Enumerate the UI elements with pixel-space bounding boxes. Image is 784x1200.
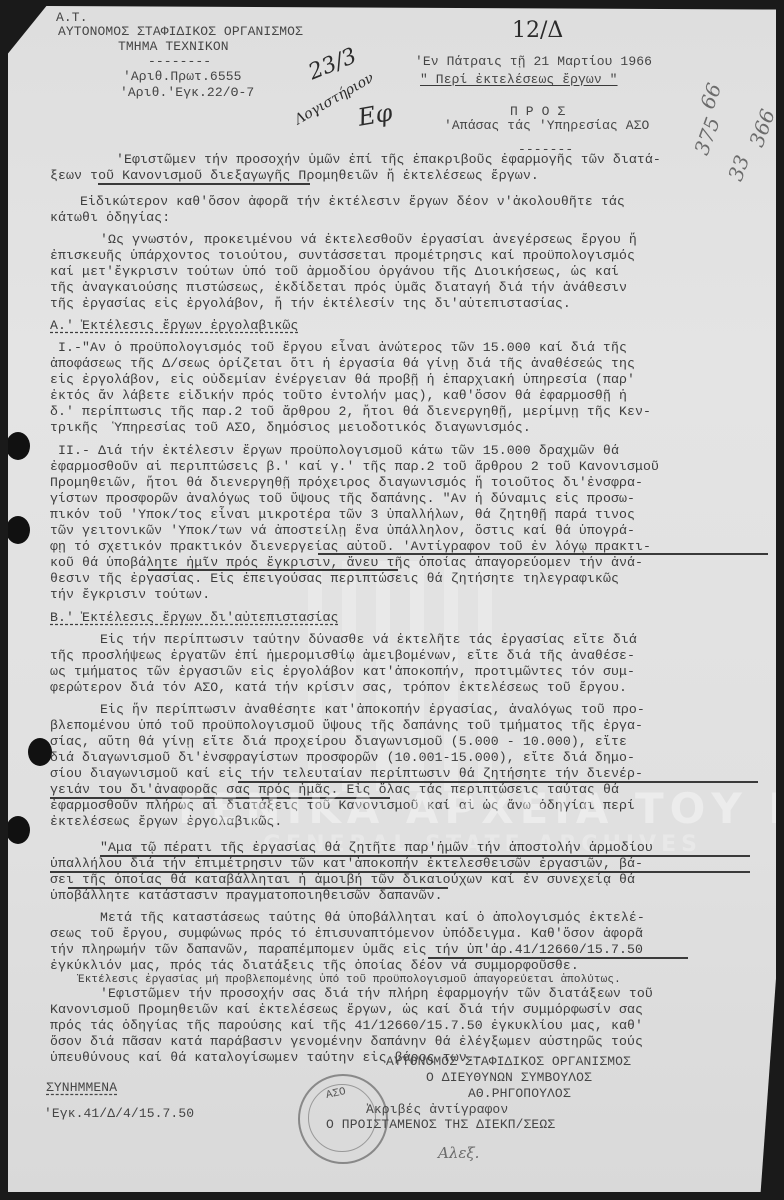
underline <box>50 797 390 799</box>
signatory-title: Ο ΔΙΕΥΘΥΝΩΝ ΣΥΜΒΟΥΛΟΣ <box>426 1070 592 1086</box>
underline <box>50 871 750 873</box>
underline <box>100 855 750 857</box>
header-department: ΤΜΗΜΑ ΤΕΧΝΙΚΟΝ <box>118 39 229 55</box>
underline <box>98 183 310 185</box>
true-copy-label: Ἀκριβές ἀντίγραφον <box>366 1102 508 1118</box>
certifier-title: Ο ΠΡΟΙΣΤΑΜΕΝΟΣ ΤΗΣ ΔΙΕΚΠ/ΣΕΩΣ <box>326 1117 555 1133</box>
punch-hole <box>6 816 30 844</box>
protocol-number: 'Αριθ.Πρωτ.6555 <box>123 69 242 85</box>
inserted-line: Ἐκτέλεσις ἐργασίας μή προβλεπομένης ὑπό … <box>78 974 621 986</box>
document-page: Α.Τ. ΑΥΤΟΝΟΜΟΣ ΣΤΑΦΙΔΙΚΟΣ ΟΡΓΑΝΙΣΜΟΣ ΤΜΗ… <box>8 6 776 1192</box>
enclosure-item: 'Εγκ.41/Δ/4/15.7.50 <box>44 1106 194 1122</box>
enclosures-label: ΣΥΝΗΜΜΕΝΑ <box>46 1080 117 1096</box>
signatory-organization: ΑΥΤΟΝΟΜΟΣ ΣΤΑΦΙΔΙΚΟΣ ΟΡΓΑΝΙΣΜΟΣ <box>386 1054 631 1070</box>
handwritten-signature: Αλεξ. <box>438 1144 479 1162</box>
margin-number: 366 <box>744 106 780 150</box>
margin-number: 375 <box>689 114 725 158</box>
header-separator: -------- <box>148 54 211 70</box>
place-date: 'Εν Πάτραις τῇ 21 Μαρτίου 1966 <box>415 54 652 70</box>
punch-hole <box>28 738 52 766</box>
recipients: 'Απάσας τάς 'Υπηρεσίας ΑΣΟ <box>444 118 649 134</box>
underline <box>428 957 688 959</box>
circular-number: 'Αριθ.'Εγκ.22/Θ-7 <box>120 85 254 101</box>
signatory-name: ΑΘ.ΡΗΓΟΠΟΥΛΟΣ <box>468 1086 571 1102</box>
underline <box>318 553 768 555</box>
section-b-title: Β.' Ἐκτέλεσις ἔργων δι'αὐτεπιστασίας <box>50 610 339 626</box>
punch-hole <box>6 516 30 544</box>
header-organization: ΑΥΤΟΝΟΜΟΣ ΣΤΑΦΙΔΙΚΟΣ ΟΡΓΑΝΙΣΜΟΣ <box>58 24 303 40</box>
margin-number: 66 <box>695 80 726 112</box>
subject: " Περί ἐκτελέσεως ἔργων " <box>420 72 618 88</box>
margin-number: 33 <box>723 152 754 184</box>
punch-hole <box>6 432 30 460</box>
underline <box>238 781 758 783</box>
section-a-title: Α.' Ἐκτέλεσις ἔργων ἐργολαβικῶς <box>50 318 298 334</box>
handwritten-initials: Εφ <box>356 98 395 132</box>
underline <box>148 569 398 571</box>
underline <box>68 887 448 889</box>
folio-mark: 12/Δ <box>512 18 563 43</box>
